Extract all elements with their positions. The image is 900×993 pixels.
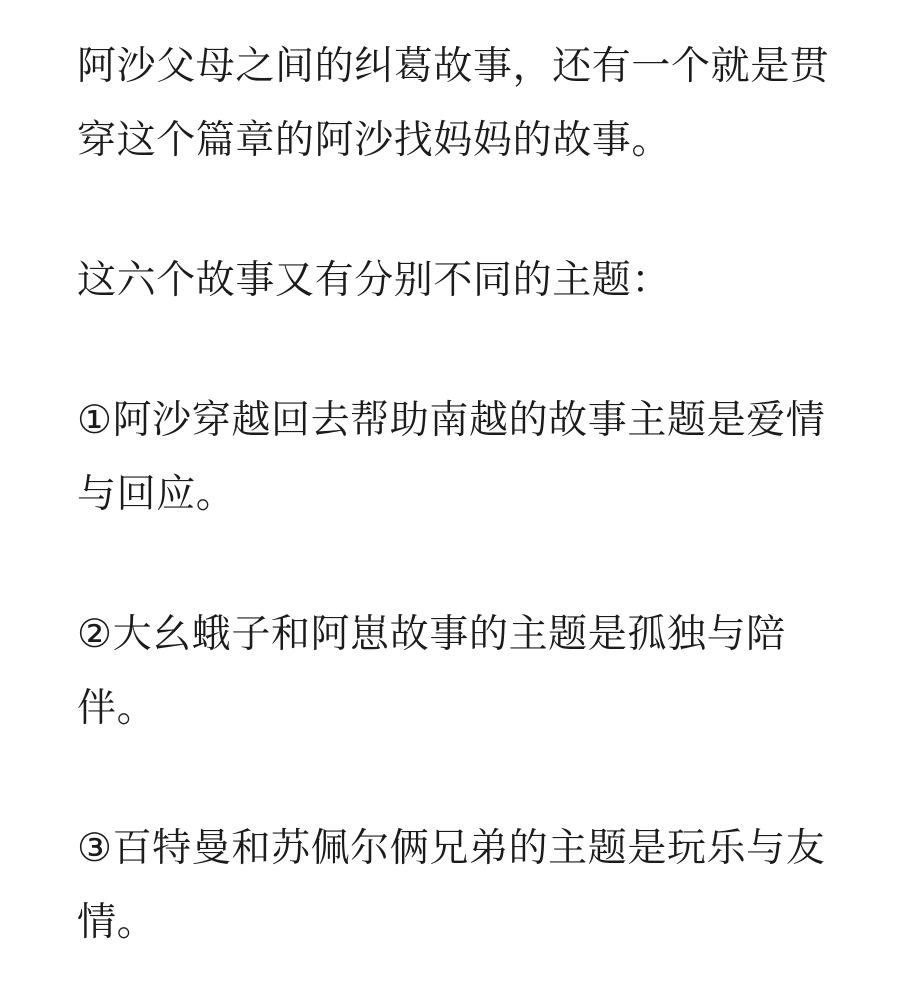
paragraph-spacer: [77, 532, 847, 598]
paragraph-spacer: [77, 178, 847, 244]
paragraph-themes-intro: 这六个故事又有分别不同的主题：: [77, 244, 847, 318]
article-body: 阿沙父母之间的纠葛故事，还有一个就是贯穿这个篇章的阿沙找妈妈的故事。 这六个故事…: [77, 30, 847, 960]
paragraph-theme-2: ②大幺蛾子和阿崽故事的主题是孤独与陪伴。: [77, 598, 847, 746]
paragraph-theme-1: ①阿沙穿越回去帮助南越的故事主题是爱情与回应。: [77, 384, 847, 532]
paragraph-story-summary: 阿沙父母之间的纠葛故事，还有一个就是贯穿这个篇章的阿沙找妈妈的故事。: [77, 30, 847, 178]
paragraph-spacer: [77, 318, 847, 384]
paragraph-theme-3: ③百特曼和苏佩尔俩兄弟的主题是玩乐与友情。: [77, 812, 847, 960]
paragraph-spacer: [77, 746, 847, 812]
